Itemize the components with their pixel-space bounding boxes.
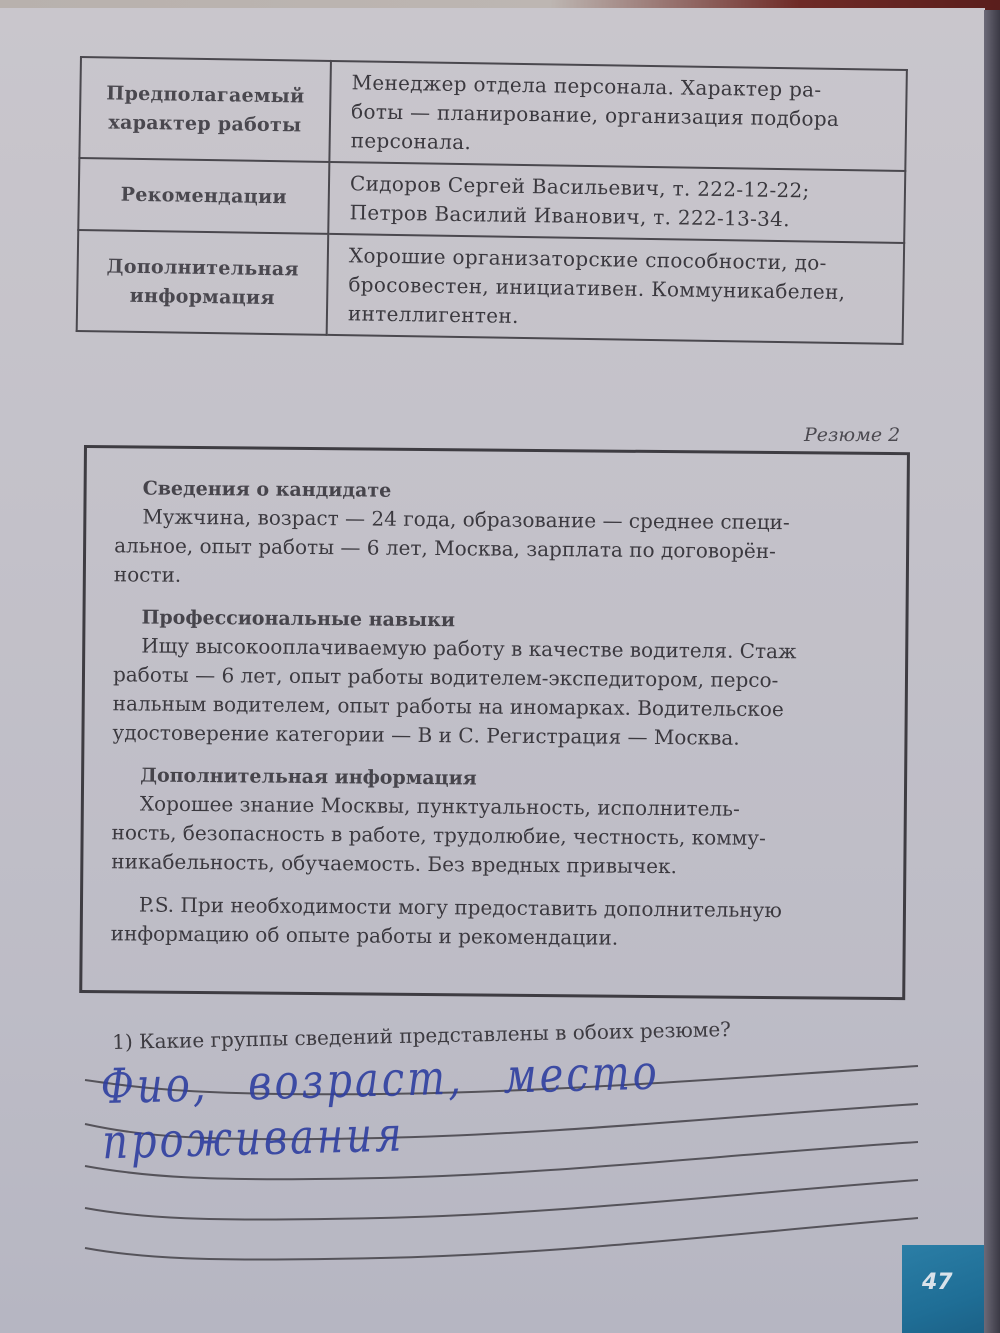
table-value-cell: Хорошие организаторские способности, до-…: [327, 234, 905, 344]
handwritten-answer: Фио, возраст, место проживания: [100, 1037, 988, 1171]
resume-1-table: Предполагаемый характер работы Менеджер …: [76, 56, 908, 345]
section-text: P.S. При необходимости могу предоставить…: [111, 890, 867, 955]
table-label-cell: Предполагаемый характер работы: [79, 57, 331, 162]
resume-2-box: Сведения о кандидате Мужчина, возраст — …: [79, 445, 910, 1000]
table-value-cell: Сидоров Сергей Васильевич, т. 222-12-22;…: [328, 162, 905, 243]
answer-line: [85, 1180, 918, 1220]
label-text: Предполагаемый: [89, 79, 321, 112]
book-spine: [984, 10, 1000, 1333]
table-label-cell: Дополнительная информация: [77, 230, 329, 335]
label-text: Дополнительная: [86, 252, 318, 285]
resume-title: Резюме 2: [804, 424, 900, 446]
section-postscript: P.S. При необходимости могу предоставить…: [111, 890, 867, 955]
table-row: Рекомендации Сидоров Сергей Васильевич, …: [78, 158, 905, 243]
table-row: Дополнительная информация Хорошие органи…: [77, 230, 904, 344]
section-text: Ищу высокооплачиваемую работу в качестве…: [112, 631, 869, 754]
table-label-cell: Рекомендации: [78, 158, 329, 234]
label-text: информация: [86, 281, 318, 314]
label-text: характер работы: [89, 108, 321, 141]
table-value-cell: Менеджер отдела персонала. Характер ра- …: [329, 61, 907, 171]
section-text: Мужчина, возраст — 24 года, образование …: [114, 502, 871, 596]
section-candidate-info: Сведения о кандидате Мужчина, возраст — …: [114, 474, 871, 596]
workbook-page: Предполагаемый характер работы Менеджер …: [0, 8, 985, 1333]
table-row: Предполагаемый характер работы Менеджер …: [79, 57, 906, 171]
page-number: 47: [922, 1270, 953, 1295]
section-additional-info: Дополнительная информация Хорошее знание…: [111, 761, 868, 883]
section-text: Хорошее знание Москвы, пунктуальность, и…: [111, 789, 868, 883]
section-professional-skills: Профессиональные навыки Ищу высокооплачи…: [112, 603, 869, 754]
answer-line: [85, 1218, 918, 1260]
label-text: Рекомендации: [88, 180, 320, 213]
